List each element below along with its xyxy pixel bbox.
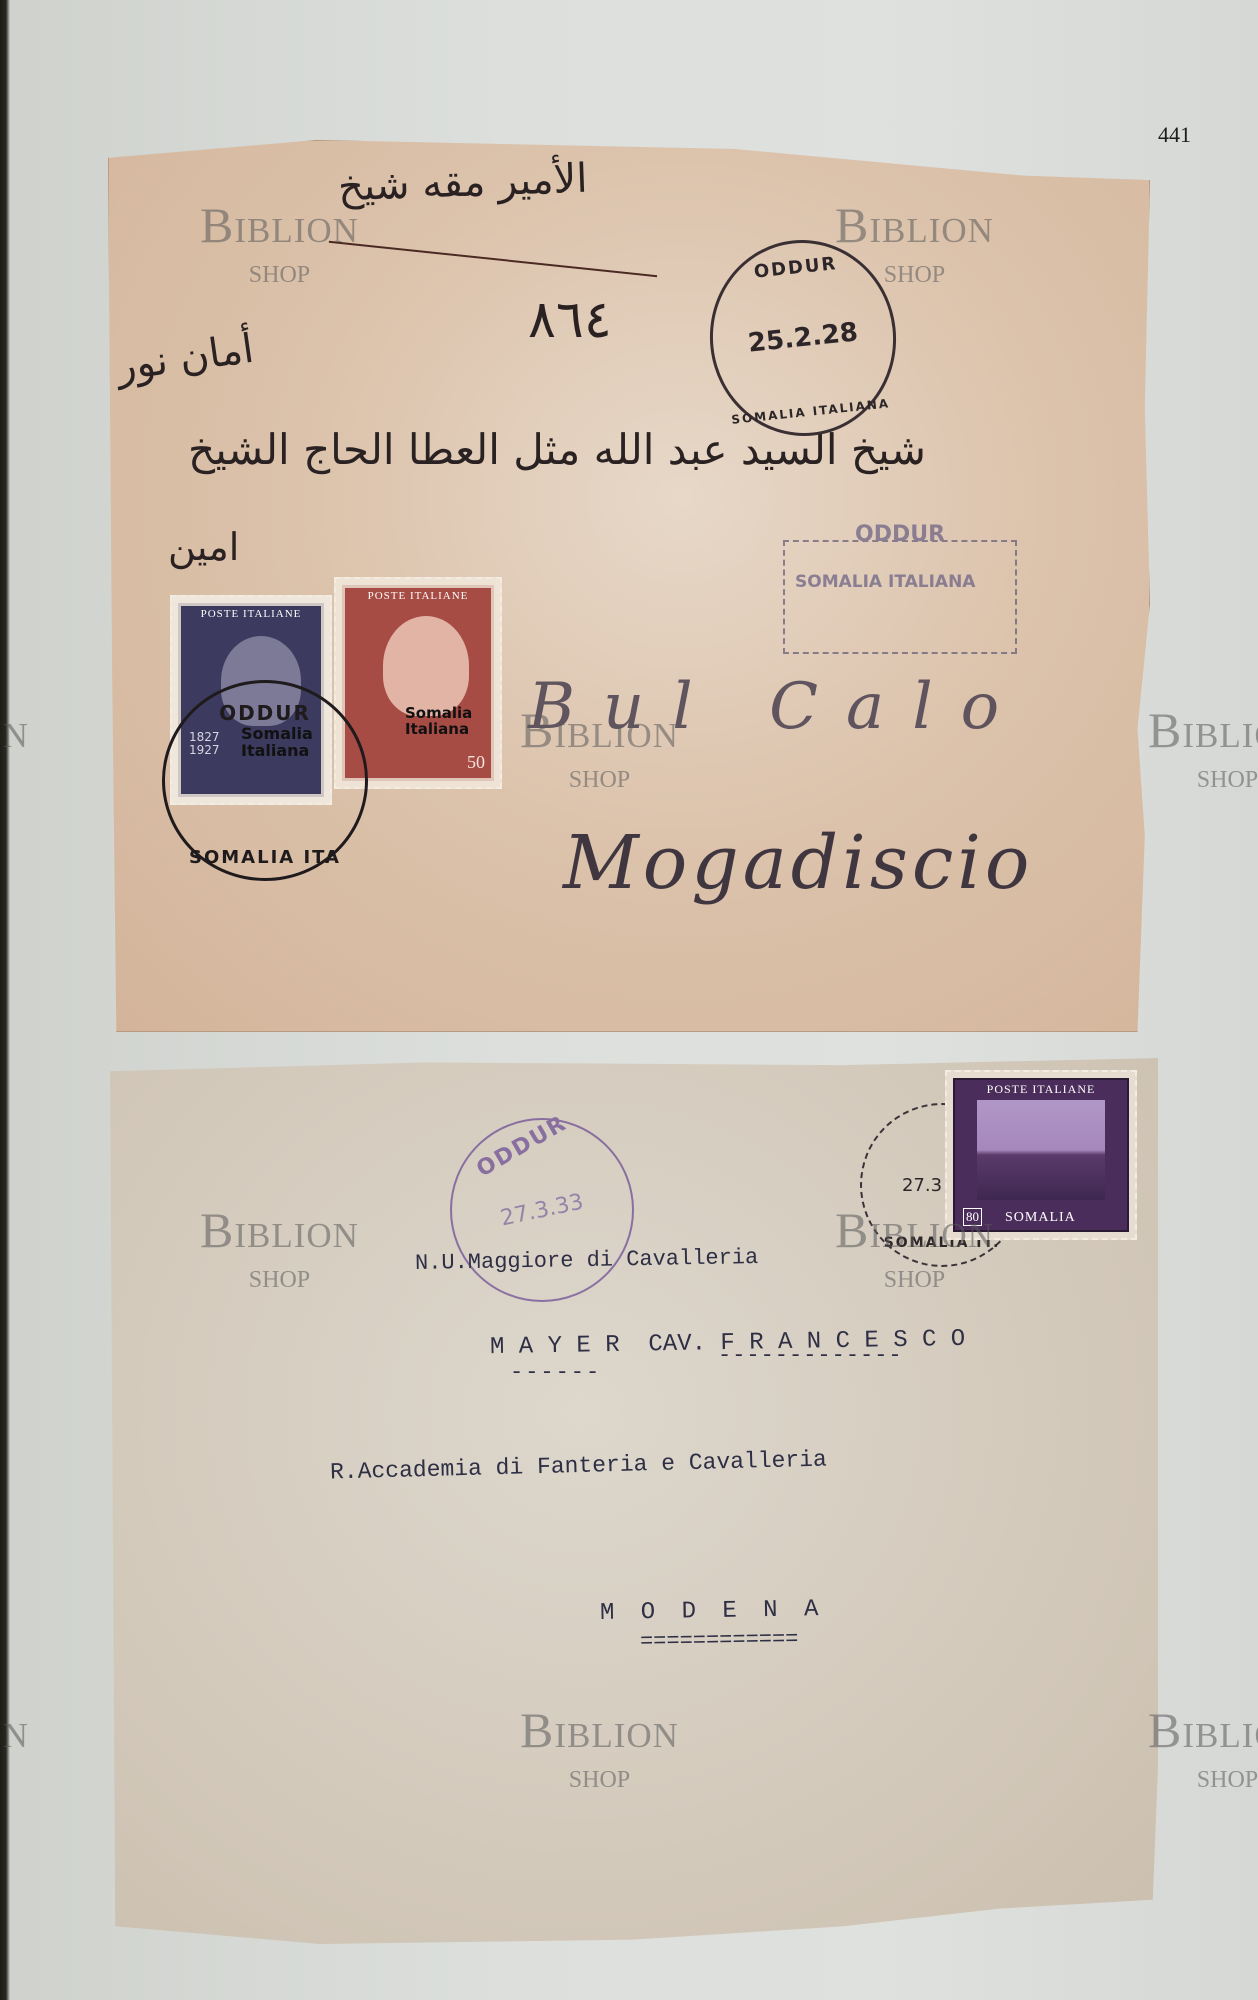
boxed-postmark-country: SOMALIA ITALIANA xyxy=(795,572,975,592)
postmark-town: ODDUR xyxy=(472,1111,571,1183)
watermark: Biblion SHOP xyxy=(1148,705,1258,794)
watermark: Biblion SHOP xyxy=(0,1705,29,1794)
watermark-title: Biblion xyxy=(200,200,359,250)
address-line-city: M O D E N A xyxy=(600,1596,825,1627)
address-underline-given-name: ------------- xyxy=(718,1343,903,1368)
stamp-header: POSTE ITALIANE xyxy=(955,1082,1127,1097)
address-line-academy: R.Accademia di Fanteria e Cavalleria xyxy=(330,1447,827,1486)
watermark-subtitle: SHOP xyxy=(520,1767,679,1794)
watermark-subtitle: SHOP xyxy=(200,262,359,289)
address-underline-city: ============ xyxy=(640,1627,799,1655)
arabic-number: ٨٦٤ xyxy=(528,290,612,350)
watermark: Biblion SHOP xyxy=(520,1705,679,1794)
handwritten-city: Mogadiscio xyxy=(563,820,1034,906)
watermark: Biblion SHOP xyxy=(200,1205,359,1294)
watermark: Biblion SHOP xyxy=(200,200,359,289)
stamp-overprint: Somalia Italiana xyxy=(405,706,494,738)
watermark: Biblion SHOP xyxy=(1148,1705,1258,1794)
watermark: Biblion SHOP xyxy=(520,705,679,794)
portrait xyxy=(383,616,469,716)
postmark-on-stamps: ODDUR SOMALIA ITA xyxy=(162,680,368,881)
stamp-header: POSTE ITALIANE xyxy=(345,590,491,602)
watermark-title: Biblion xyxy=(0,1705,29,1755)
postmark-date: 27.3 xyxy=(902,1175,942,1196)
watermark-title: Biblion xyxy=(200,1205,359,1255)
watermark-title: Biblion xyxy=(835,200,994,250)
stamp-value: 50 xyxy=(467,753,485,772)
postmark-date: 27.3.33 xyxy=(498,1189,585,1231)
underline-stroke xyxy=(329,241,657,277)
page-number: 441 xyxy=(1158,122,1191,148)
postmark-town: ODDUR xyxy=(753,253,838,283)
boxed-postmark-town: ODDUR xyxy=(855,522,945,547)
book-page: 441 الأمير مقه شيخ ٨٦٤ أمان نور شيخ السي… xyxy=(0,0,1258,2000)
arabic-address-line-1: الأمير مقه شيخ xyxy=(337,156,588,211)
address-line-rank: N.U.Maggiore di Cavalleria xyxy=(415,1245,759,1276)
postmark-town: ODDUR xyxy=(219,701,311,725)
stamp-country: SOMALIA xyxy=(1005,1210,1076,1226)
watermark-subtitle: SHOP xyxy=(835,1267,994,1294)
watermark-title: Biblion xyxy=(0,705,29,755)
stamp-header: POSTE ITALIANE xyxy=(181,608,321,620)
watermark-subtitle: SHOP xyxy=(1148,1767,1258,1794)
address-underline-surname: ------ xyxy=(510,1360,601,1385)
stamp-scene xyxy=(977,1100,1105,1200)
watermark-title: Biblion xyxy=(835,1205,994,1255)
watermark: Biblion SHOP xyxy=(835,200,994,289)
postmark-country: SOMALIA ITALIANA xyxy=(731,396,891,427)
watermark-subtitle: SHOP xyxy=(0,1767,29,1794)
watermark-subtitle: SHOP xyxy=(0,767,29,794)
watermark-title: Biblion xyxy=(520,705,679,755)
watermark-subtitle: SHOP xyxy=(835,262,994,289)
cover-2-envelope: ODDUR 27.3.33 27.3 SOMALIA IT. POSTE ITA… xyxy=(110,1058,1158,1944)
postmark-date: 25.2.28 xyxy=(747,317,860,358)
arabic-address-line-2: أمان نور xyxy=(113,326,256,391)
watermark-title: Biblion xyxy=(1148,1705,1258,1755)
postmark-boxed: ODDUR SOMALIA ITALIANA xyxy=(783,540,1017,654)
watermark-subtitle: SHOP xyxy=(200,1267,359,1294)
watermark-title: Biblion xyxy=(520,1705,679,1755)
watermark: Biblion SHOP xyxy=(0,705,29,794)
watermark-subtitle: SHOP xyxy=(520,767,679,794)
watermark-title: Biblion xyxy=(1148,705,1258,755)
postmark-country: SOMALIA ITA xyxy=(189,847,341,868)
arabic-address-line-4: امين xyxy=(168,525,239,569)
watermark: Biblion SHOP xyxy=(835,1205,994,1294)
watermark-subtitle: SHOP xyxy=(1148,767,1258,794)
